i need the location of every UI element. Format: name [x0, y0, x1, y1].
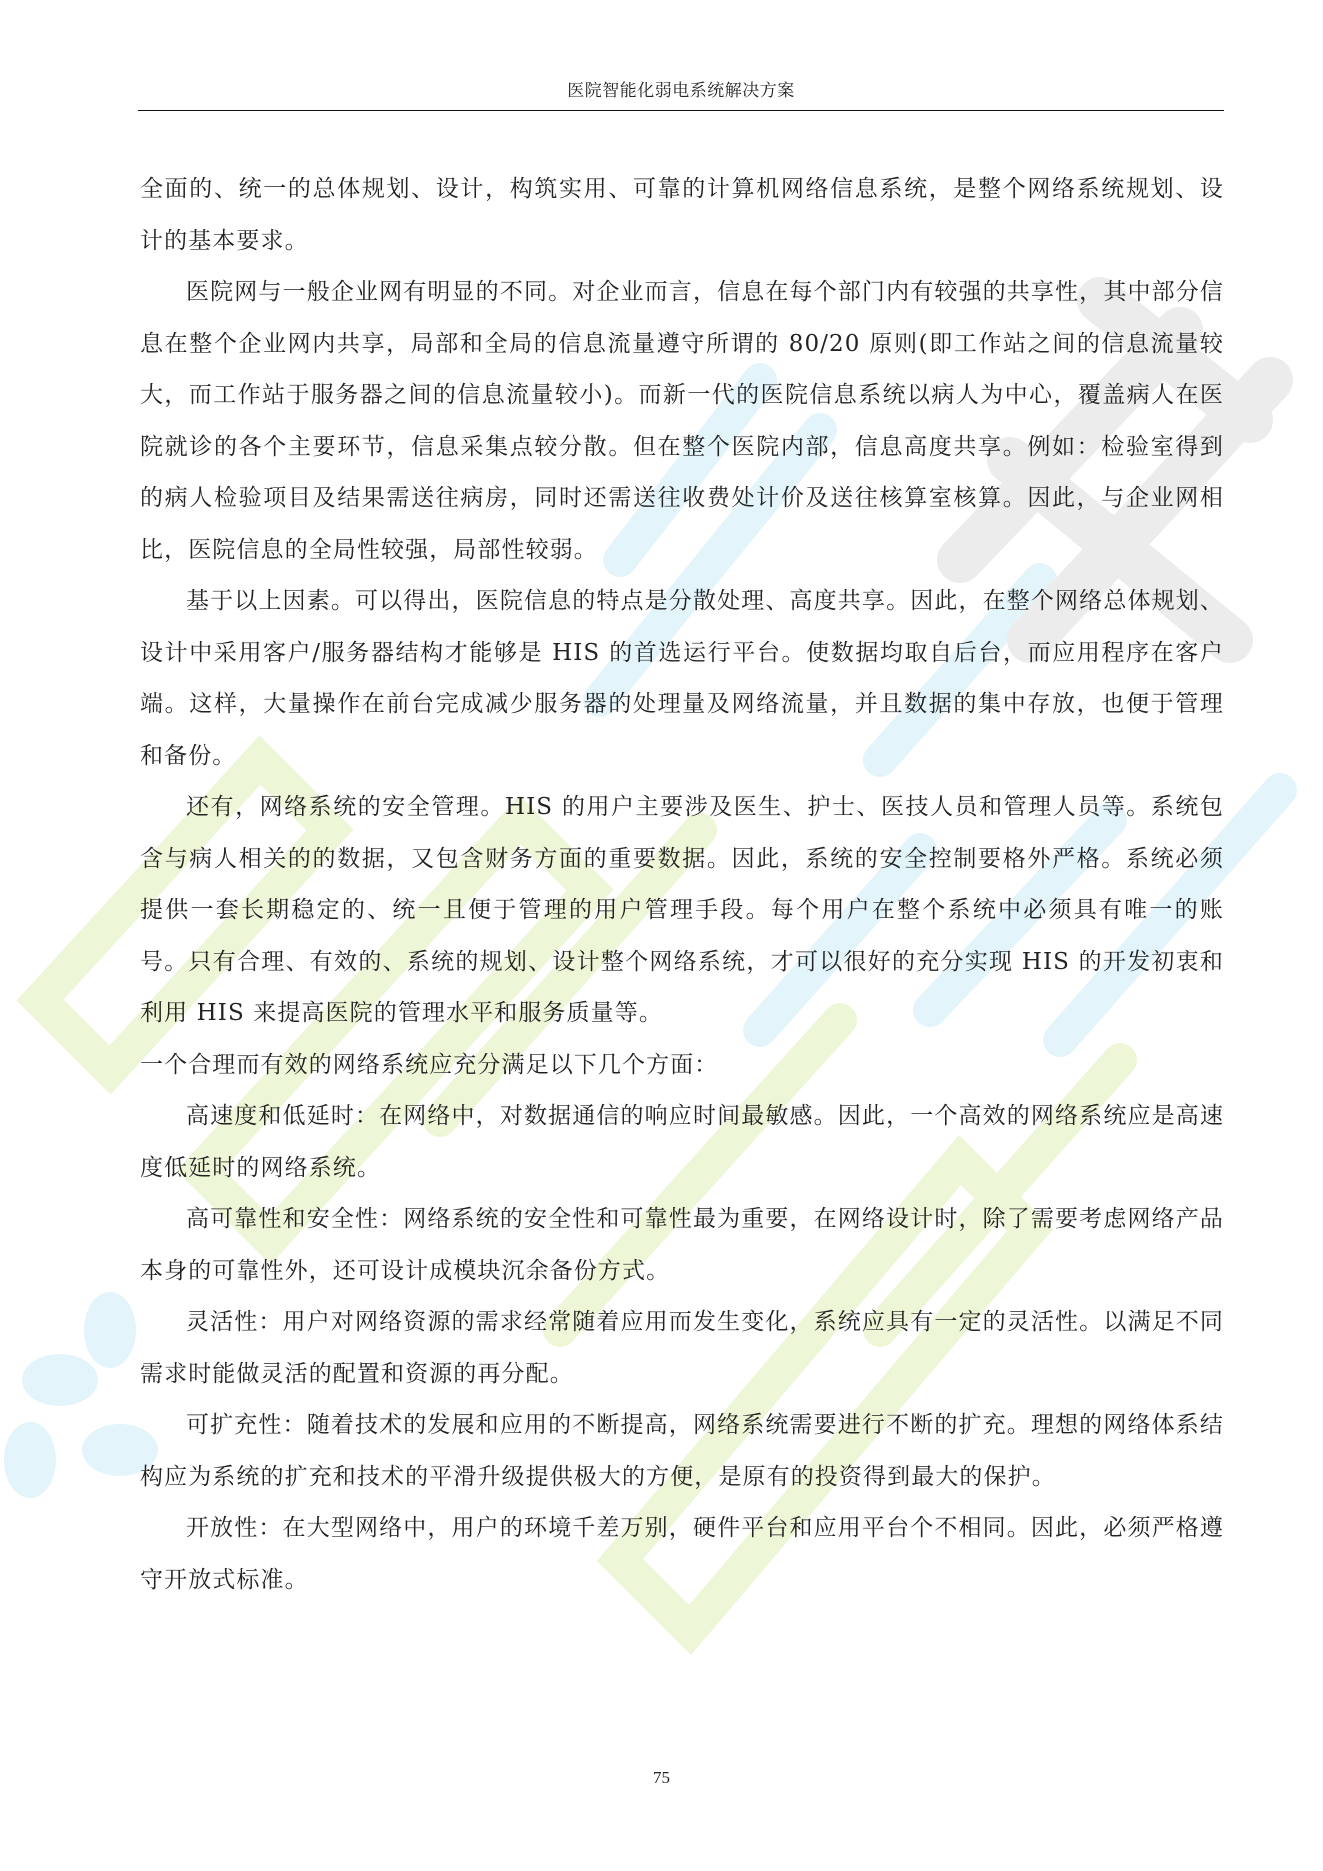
paragraph-intro-continuation: 全面的、统一的总体规划、设计，构筑实用、可靠的计算机网络信息系统，是整个网络系统…	[140, 164, 1224, 267]
paragraph-flexibility: 灵活性：用户对网络资源的需求经常随着应用而发生变化，系统应具有一定的灵活性。以满…	[140, 1297, 1224, 1400]
paragraph-high-speed: 高速度和低延时：在网络中，对数据通信的响应时间最敏感。因此，一个高效的网络系统应…	[140, 1091, 1224, 1194]
header-title: 医院智能化弱电系统解决方案	[567, 81, 795, 101]
page-header: 医院智能化弱电系统解决方案	[138, 78, 1224, 111]
paragraph-openness: 开放性：在大型网络中，用户的环境千差万别，硬件平台和应用平台个不相同。因此，必须…	[140, 1503, 1224, 1606]
paragraph-hospital-vs-enterprise: 医院网与一般企业网有明显的不同。对企业而言，信息在每个部门内有较强的共享性，其中…	[140, 267, 1224, 576]
paragraph-scalability: 可扩充性：随着技术的发展和应用的不断提高，网络系统需要进行不断的扩充。理想的网络…	[140, 1400, 1224, 1503]
paragraph-client-server: 基于以上因素。可以得出，医院信息的特点是分散处理、高度共享。因此，在整个网络总体…	[140, 576, 1224, 782]
page-number: 75	[0, 1768, 1323, 1788]
paragraph-security-management: 还有，网络系统的安全管理。HIS 的用户主要涉及医生、护士、医技人员和管理人员等…	[140, 782, 1224, 1040]
watermark-flower-icon	[4, 1292, 158, 1498]
document-body: 全面的、统一的总体规划、设计，构筑实用、可靠的计算机网络信息系统，是整个网络系统…	[140, 164, 1224, 1606]
paragraph-reliability: 高可靠性和安全性：网络系统的安全性和可靠性最为重要，在网络设计时，除了需要考虑网…	[140, 1194, 1224, 1297]
paragraph-requirements-intro: 一个合理而有效的网络系统应充分满足以下几个方面：	[140, 1040, 1224, 1092]
